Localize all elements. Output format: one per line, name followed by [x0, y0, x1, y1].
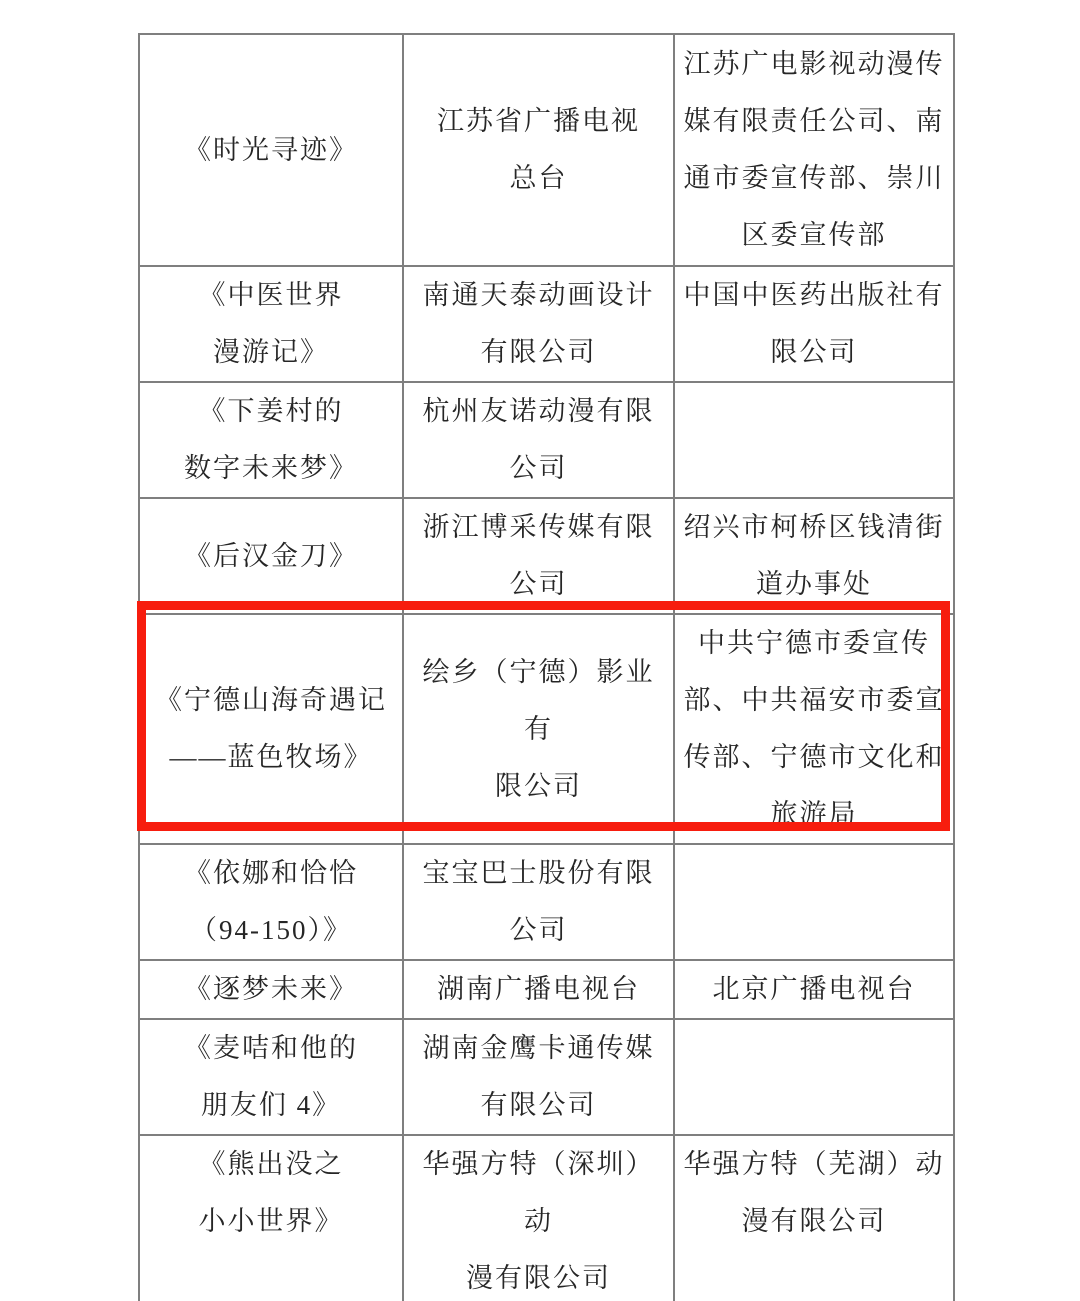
cell-coproducer	[674, 1019, 954, 1135]
cell-title: 《中医世界 漫游记》	[139, 266, 403, 382]
table-row-highlighted: 《宁德山海奇遇记 ——蓝色牧场》 绘乡（宁德）影业有 限公司 中共宁德市委宣传 …	[139, 614, 954, 844]
cell-coproducer: 江苏广电影视动漫传 媒有限责任公司、南 通市委宣传部、崇川 区委宣传部	[674, 34, 954, 266]
table-row: 《时光寻迹》 江苏省广播电视 总台 江苏广电影视动漫传 媒有限责任公司、南 通市…	[139, 34, 954, 266]
table-row: 《熊出没之 小小世界》 华强方特（深圳）动 漫有限公司 华强方特（芜湖）动 漫有…	[139, 1135, 954, 1301]
cell-title: 《麦咭和他的 朋友们 4》	[139, 1019, 403, 1135]
table-row: 《逐梦未来》 湖南广播电视台 北京广播电视台	[139, 960, 954, 1019]
cell-title: 《后汉金刀》	[139, 498, 403, 614]
cell-title: 《时光寻迹》	[139, 34, 403, 266]
cell-coproducer: 中共宁德市委宣传 部、中共福安市委宣 传部、宁德市文化和 旅游局	[674, 614, 954, 844]
cell-producer: 湖南金鹰卡通传媒 有限公司	[403, 1019, 674, 1135]
cell-coproducer: 北京广播电视台	[674, 960, 954, 1019]
cell-coproducer: 华强方特（芜湖）动 漫有限公司	[674, 1135, 954, 1301]
cell-producer: 杭州友诺动漫有限 公司	[403, 382, 674, 498]
table-row: 《麦咭和他的 朋友们 4》 湖南金鹰卡通传媒 有限公司	[139, 1019, 954, 1135]
cell-producer: 南通天泰动画设计 有限公司	[403, 266, 674, 382]
table-row: 《后汉金刀》 浙江博采传媒有限 公司 绍兴市柯桥区钱清街 道办事处	[139, 498, 954, 614]
table-row: 《依娜和恰恰 （94-150）》 宝宝巴士股份有限 公司	[139, 844, 954, 960]
cell-coproducer: 绍兴市柯桥区钱清街 道办事处	[674, 498, 954, 614]
cell-producer: 绘乡（宁德）影业有 限公司	[403, 614, 674, 844]
animation-credits-table: 《时光寻迹》 江苏省广播电视 总台 江苏广电影视动漫传 媒有限责任公司、南 通市…	[138, 33, 955, 1301]
cell-title: 《熊出没之 小小世界》	[139, 1135, 403, 1301]
table-row: 《中医世界 漫游记》 南通天泰动画设计 有限公司 中国中医药出版社有 限公司	[139, 266, 954, 382]
cell-title: 《逐梦未来》	[139, 960, 403, 1019]
cell-producer: 湖南广播电视台	[403, 960, 674, 1019]
cell-producer: 宝宝巴士股份有限 公司	[403, 844, 674, 960]
cell-title: 《宁德山海奇遇记 ——蓝色牧场》	[139, 614, 403, 844]
cell-producer: 华强方特（深圳）动 漫有限公司	[403, 1135, 674, 1301]
cell-title: 《下姜村的 数字未来梦》	[139, 382, 403, 498]
cell-producer: 江苏省广播电视 总台	[403, 34, 674, 266]
cell-coproducer	[674, 844, 954, 960]
cell-coproducer	[674, 382, 954, 498]
cell-title: 《依娜和恰恰 （94-150）》	[139, 844, 403, 960]
table-row: 《下姜村的 数字未来梦》 杭州友诺动漫有限 公司	[139, 382, 954, 498]
cell-coproducer: 中国中医药出版社有 限公司	[674, 266, 954, 382]
cell-producer: 浙江博采传媒有限 公司	[403, 498, 674, 614]
document-page: 《时光寻迹》 江苏省广播电视 总台 江苏广电影视动漫传 媒有限责任公司、南 通市…	[0, 0, 1080, 1301]
